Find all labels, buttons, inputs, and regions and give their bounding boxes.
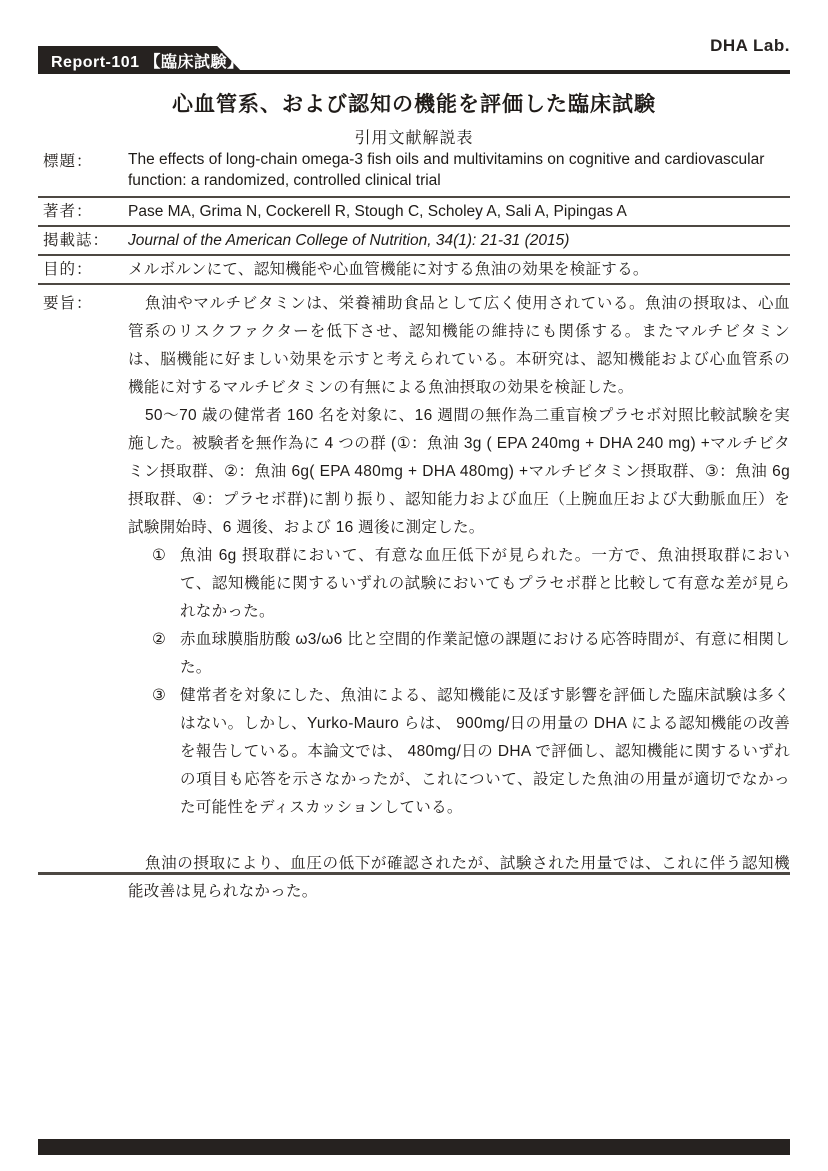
list-item-text: 健常者を対象にした、魚油による、認知機能に及ぼす影響を評価した臨床試験は多くはな… (180, 682, 790, 822)
row-label: 著者： (38, 200, 128, 224)
findings-list: ① 魚油 6g 摂取群において、有意な血圧低下が見られた。一方で、魚油摂取群にお… (128, 542, 790, 822)
row-content: メルボルンにて、認知機能や心血管機能に対する魚油の効果を検証する。 (128, 258, 790, 282)
list-item-text: 赤血球膜脂肪酸 ω3/ω6 比と空間的作業記憶の課題における応答時間が、有意に相… (180, 626, 790, 682)
row-content: The effects of long-chain omega-3 fish o… (128, 149, 790, 191)
row-label: 目的： (38, 258, 128, 282)
page-title: 心血管系、および認知の機能を評価した臨床試験 (0, 88, 828, 118)
row-label: 掲載誌： (38, 229, 128, 253)
row-content: Journal of the American College of Nutri… (128, 229, 790, 253)
report-tab-label: Report-101 【臨床試験】 (38, 49, 244, 72)
list-item-text: 魚油 6g 摂取群において、有意な血圧低下が見られた。一方で、魚油摂取群において… (180, 542, 790, 626)
list-item: ② 赤血球膜脂肪酸 ω3/ω6 比と空間的作業記憶の課題における応答時間が、有意… (152, 626, 790, 682)
table-row-authors: 著者： Pase MA, Grima N, Cockerell R, Stoug… (38, 198, 790, 227)
summary-paragraph-2: 50〜70 歳の健常者 160 名を対象に、16 週間の無作為二重盲検プラセボ対… (128, 402, 790, 542)
row-label: 標題： (38, 149, 128, 171)
reference-table: 標題： The effects of long-chain omega-3 fi… (38, 146, 790, 875)
row-content: Pase MA, Grima N, Cockerell R, Stough C,… (128, 200, 790, 224)
table-row-title: 標題： The effects of long-chain omega-3 fi… (38, 146, 790, 198)
list-item: ① 魚油 6g 摂取群において、有意な血圧低下が見られた。一方で、魚油摂取群にお… (152, 542, 790, 626)
summary-paragraph-1: 魚油やマルチビタミンは、栄養補助食品として広く使用されている。魚油の摂取は、心血… (128, 290, 790, 402)
table-row-journal: 掲載誌： Journal of the American College of … (38, 227, 790, 256)
table-row-purpose: 目的： メルボルンにて、認知機能や心血管機能に対する魚油の効果を検証する。 (38, 256, 790, 285)
list-item-marker: ② (152, 626, 180, 682)
report-page: DHA Lab. Report-101 【臨床試験】 心血管系、および認知の機能… (0, 0, 828, 1171)
list-item: ③ 健常者を対象にした、魚油による、認知機能に及ぼす影響を評価した臨床試験は多く… (152, 682, 790, 822)
list-item-marker: ③ (152, 682, 180, 822)
row-label: 要旨： (38, 290, 128, 318)
summary-body: 魚油やマルチビタミンは、栄養補助食品として広く使用されている。魚油の摂取は、心血… (128, 290, 790, 906)
report-tab: Report-101 【臨床試験】 (38, 46, 244, 74)
page-subtitle: 引用文献解説表 (0, 125, 828, 148)
table-row-summary: 要旨： 魚油やマルチビタミンは、栄養補助食品として広く使用されている。魚油の摂取… (38, 285, 790, 875)
footer-bar (38, 1139, 790, 1155)
summary-conclusion: 魚油の摂取により、血圧の低下が確認されたが、試験された用量では、これに伴う認知機… (128, 850, 790, 906)
list-item-marker: ① (152, 542, 180, 626)
